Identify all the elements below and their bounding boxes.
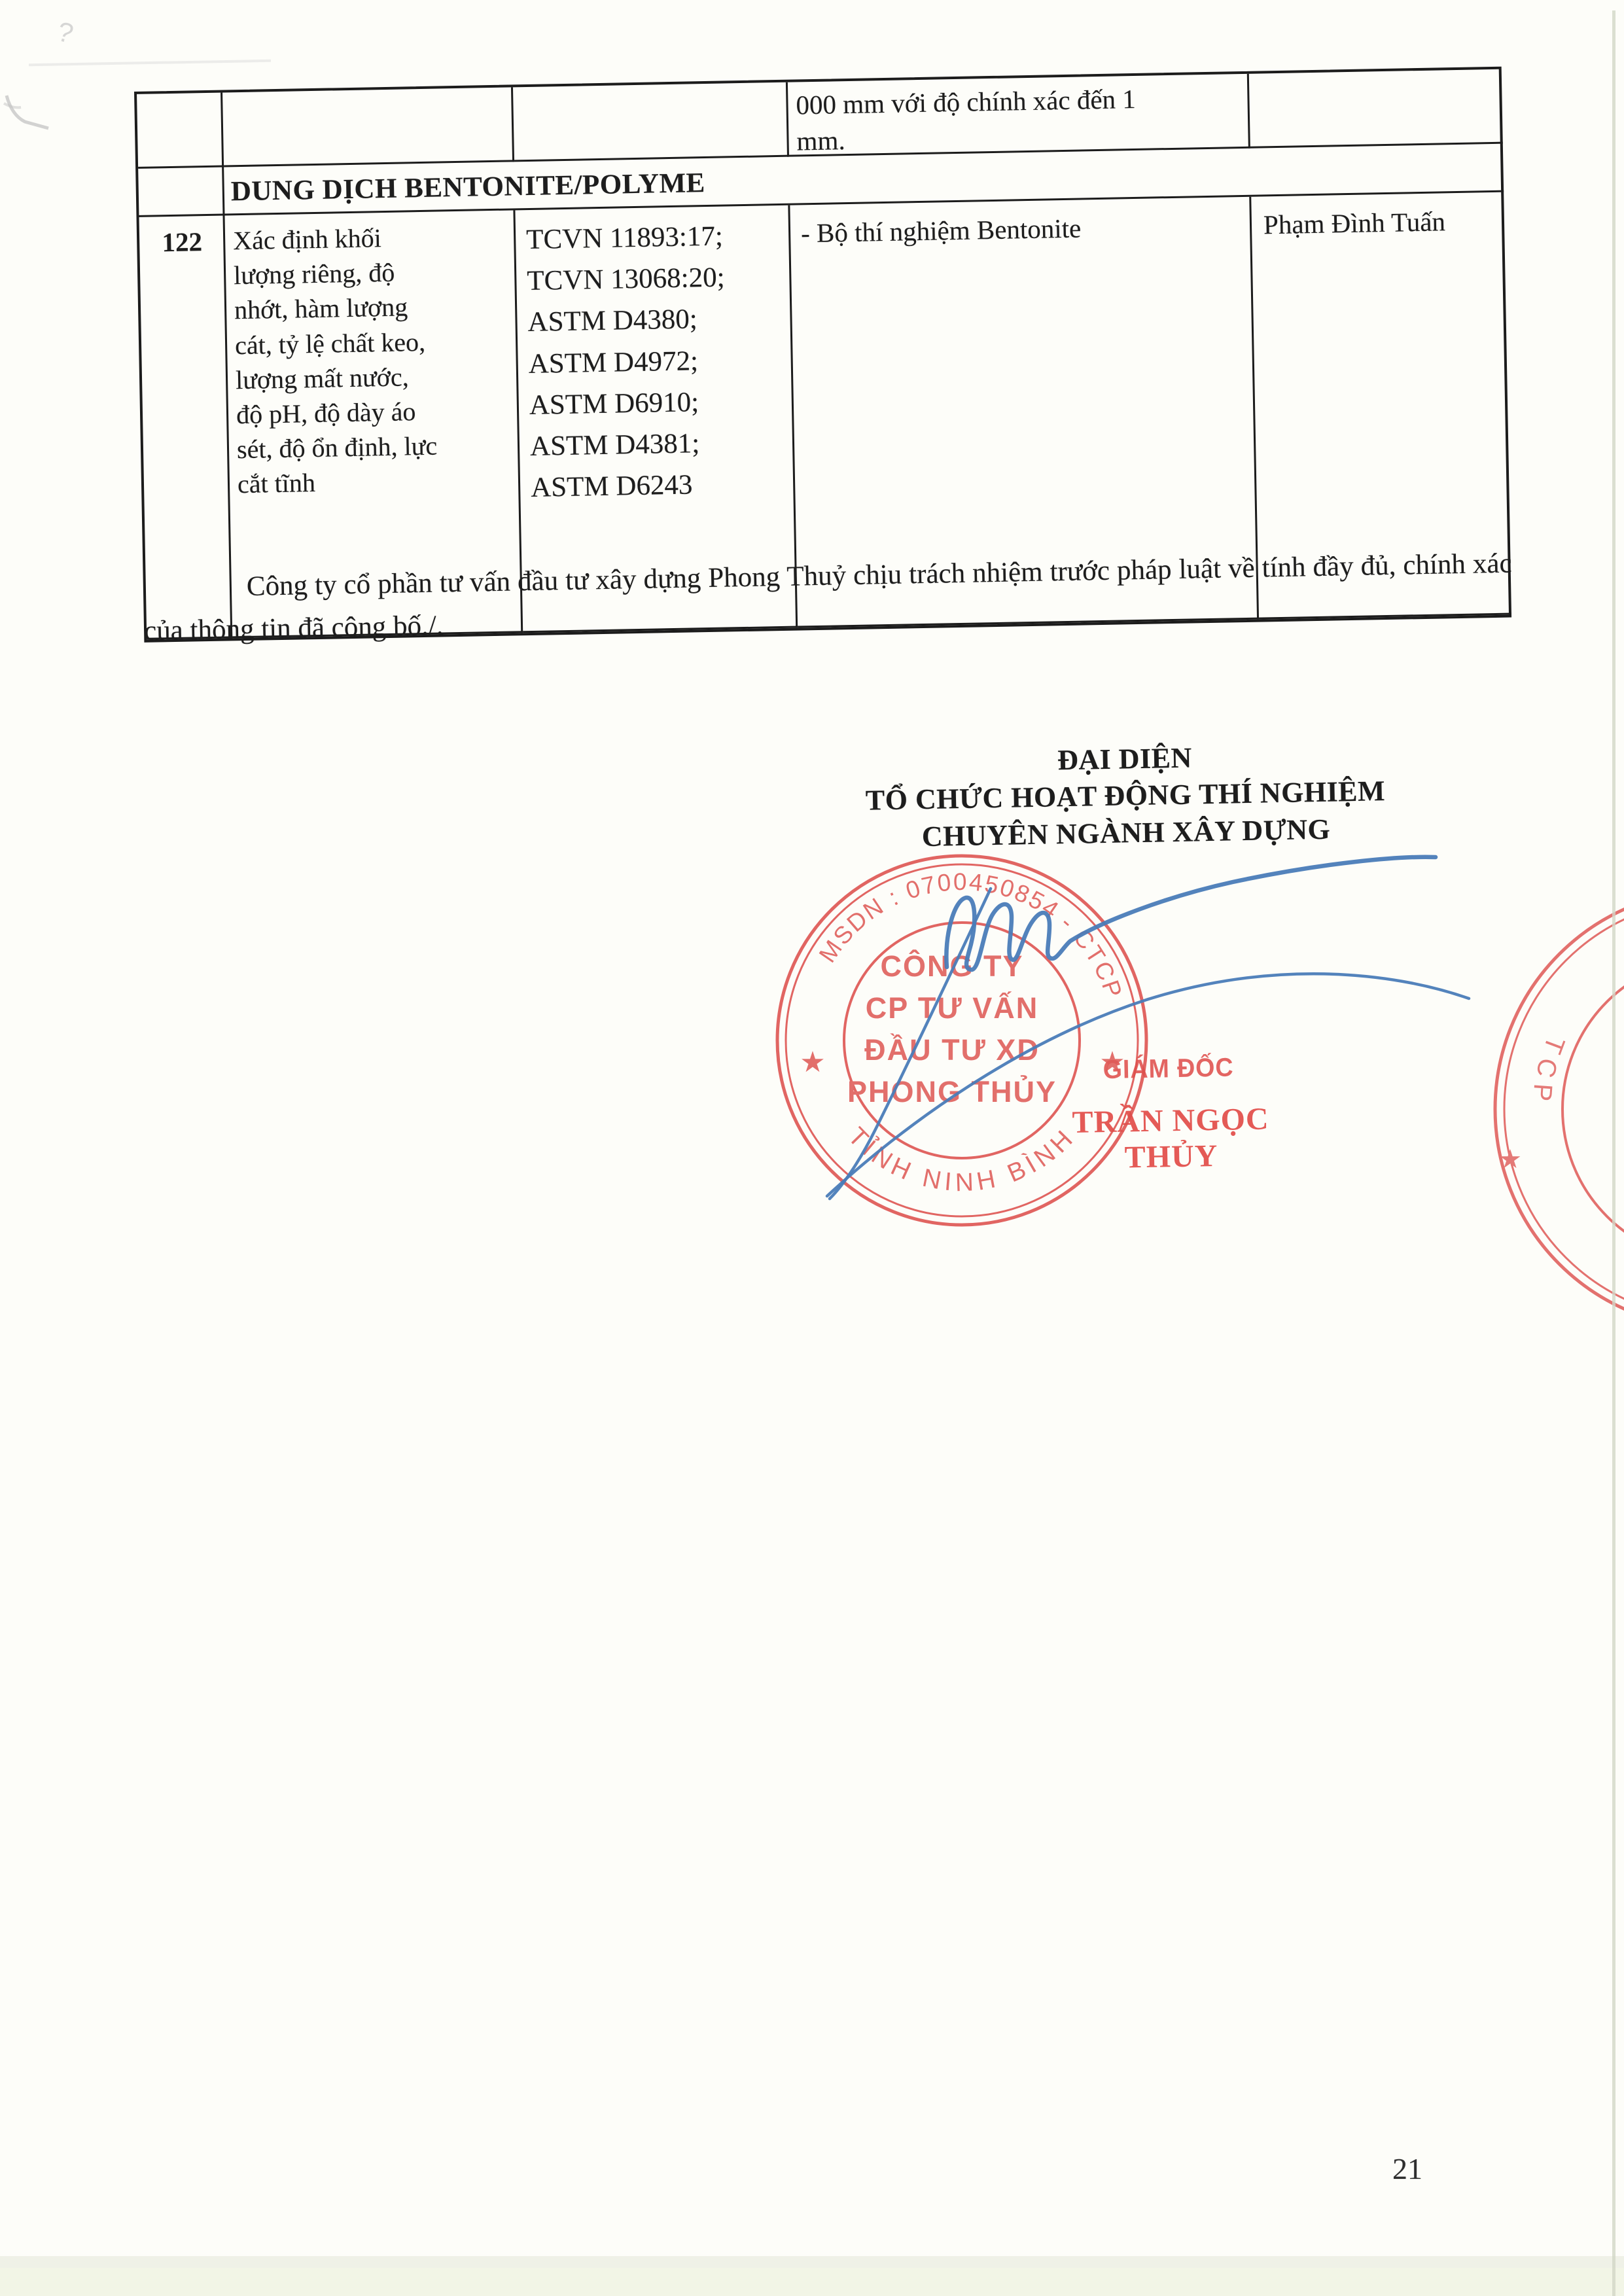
stamp-bottom-arc-text: TỈNH NINH BÌNH bbox=[843, 1122, 1082, 1197]
edge-stamp-star-icon: ★ bbox=[1498, 1145, 1522, 1174]
stamp-center-line-1: CÔNG TY bbox=[880, 949, 1023, 983]
stamp-left-star-icon: ★ bbox=[800, 1046, 825, 1078]
table-cell-carryover: 000 mm với độ chính xác đến 1 mm. bbox=[788, 74, 1250, 157]
edge-stamp-second-ring bbox=[1504, 899, 1624, 1319]
scanned-document-page: 000 mm với độ chính xác đến 1 mm. DUNG D… bbox=[0, 0, 1624, 2296]
stamp-center-line-2: CP TƯ VẤN bbox=[866, 991, 1039, 1025]
bottom-shadow-band bbox=[0, 2256, 1624, 2268]
bottom-scan-band bbox=[0, 2268, 1624, 2296]
stamp-and-signature-graphic: MSDN : 0700450854 - CTCP TỈNH NINH BÌNH … bbox=[746, 838, 1624, 1335]
company-stamp: MSDN : 0700450854 - CTCP TỈNH NINH BÌNH … bbox=[777, 856, 1146, 1225]
table-cell-empty bbox=[138, 168, 224, 217]
edge-partial-stamp: TCP ★ bbox=[1495, 890, 1624, 1328]
table-cell-empty bbox=[222, 87, 514, 167]
edge-stamp-outer-ring bbox=[1495, 890, 1624, 1328]
stamp-right-star-icon: ★ bbox=[1099, 1046, 1125, 1078]
stamp-center-line-3: ĐẦU TƯ XD bbox=[864, 1033, 1040, 1067]
table-cell-empty bbox=[513, 82, 789, 162]
page-edge-line bbox=[1612, 10, 1615, 2296]
table-cell-empty bbox=[1249, 69, 1503, 149]
scan-pen-mark bbox=[0, 90, 72, 143]
signature-strokes bbox=[827, 857, 1469, 1199]
table-cell-empty bbox=[137, 93, 224, 169]
page-number: 21 bbox=[1392, 2151, 1422, 2186]
stamp-center-line-4: PHONG THỦY bbox=[847, 1075, 1057, 1108]
